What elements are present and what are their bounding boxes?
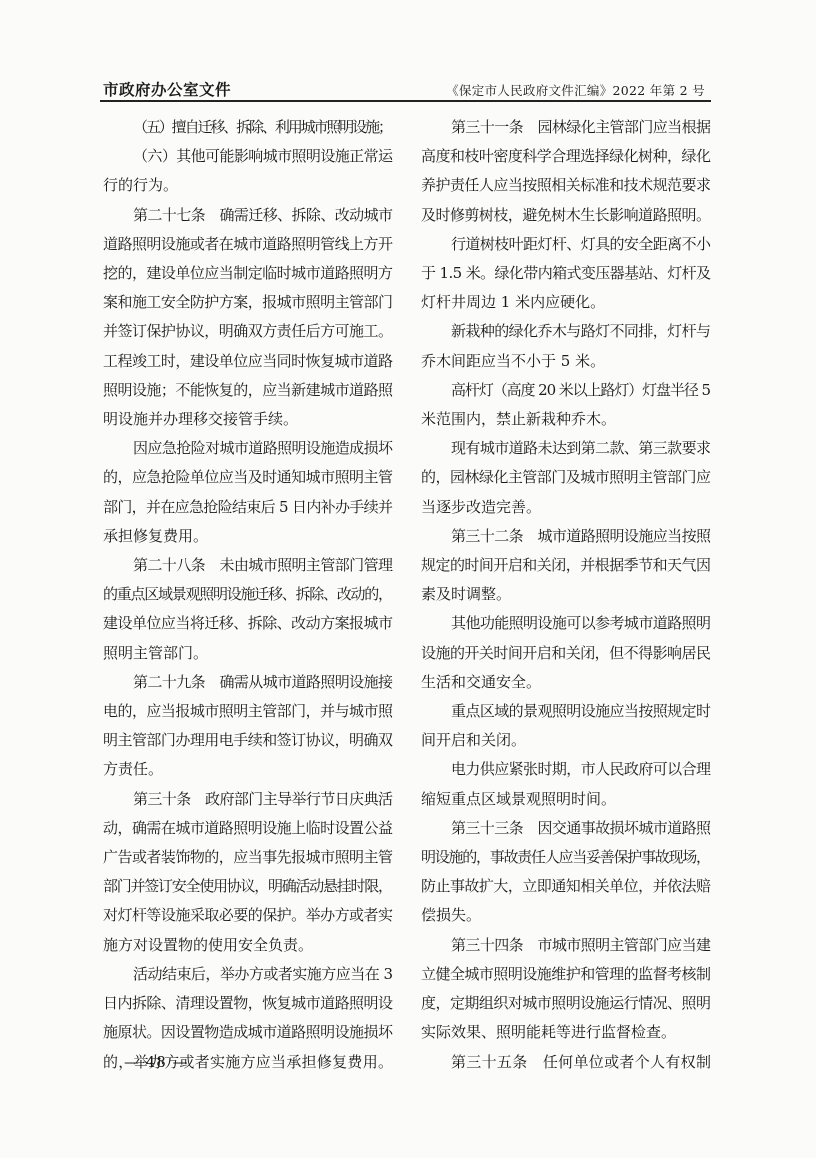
text-line: 第二十九条 确需从城市道路照明设施接: [103, 668, 393, 697]
text-line: 明主管部门办理用电手续和签订协议，明确双: [103, 726, 393, 755]
text-line: 对灯杆等设施采取必要的保护。举办方或者实: [103, 901, 393, 930]
text-line: 素及时调整。: [421, 580, 711, 609]
text-line: 明设施并办理移交接管手续。: [103, 405, 393, 434]
text-line: 第二十七条 确需迁移、拆除、改动城市: [103, 201, 393, 230]
text-line: 第二十八条 未由城市照明主管部门管理: [103, 551, 393, 580]
text-line: 及时修剪树枝，避免树木生长影响道路照明。: [421, 201, 711, 230]
text-line: 第三十条 政府部门主导举行节日庆典活: [103, 785, 393, 814]
text-line: 第三十三条 因交通事故损坏城市道路照: [421, 814, 711, 843]
text-line: 广告或者装饰物的，应当事先报城市照明主管: [103, 843, 393, 872]
text-line: 偿损失。: [421, 901, 711, 930]
header-office-title: 市政府办公室文件: [103, 78, 231, 100]
text-line: 规定的时间开启和关闭，并根据季节和天气因: [421, 551, 711, 580]
text-line: 养护责任人应当按照相关标准和技术规范要求: [421, 171, 711, 200]
text-line: 高杆灯（高度 20 米以上路灯）灯盘半径 5: [421, 376, 711, 405]
header-publication-title: 《保定市人民政府文件汇编》2022 年第 2 号: [446, 81, 705, 99]
text-line: 当逐步改造完善。: [421, 493, 711, 522]
text-line: 度，定期组织对城市照明设施运行情况、照明: [421, 989, 711, 1018]
text-line: 承担修复费用。: [103, 522, 393, 551]
text-line: 部门并签订安全使用协议，明确活动悬挂时限，: [103, 872, 393, 901]
right-text-column: 第三十一条 园林绿化主管部门应当根据高度和枝叶密度科学合理选择绿化树种，绿化养护…: [421, 113, 711, 1077]
text-line: 乔木间距应当不小于 5 米。: [421, 347, 711, 376]
text-line: 案和施工安全防护方案，报城市照明主管部门: [103, 288, 393, 317]
text-line: 生活和交通安全。: [421, 668, 711, 697]
text-line: 道路照明设施或者在城市道路照明管线上方开: [103, 230, 393, 259]
text-line: 方责任。: [103, 755, 393, 784]
text-line: 照明主管部门。: [103, 639, 393, 668]
text-line: 第三十二条 城市道路照明设施应当按照: [421, 522, 711, 551]
text-line: 防止事故扩大，立即通知相关单位，并依法赔: [421, 872, 711, 901]
text-line: 缩短重点区域景观照明时间。: [421, 785, 711, 814]
text-line: 施原状。因设置物造成城市道路照明设施损坏: [103, 1018, 393, 1047]
text-line: 立健全城市照明设施维护和管理的监督考核制: [421, 960, 711, 989]
text-line: 现有城市道路未达到第二款、第三款要求: [421, 434, 711, 463]
text-line: 日内拆除、清理设置物，恢复城市道路照明设: [103, 989, 393, 1018]
running-header: 市政府办公室文件 《保定市人民政府文件汇编》2022 年第 2 号: [100, 78, 711, 102]
text-line: 重点区域的景观照明设施应当按照规定时: [421, 697, 711, 726]
text-line: 灯杆井周边 1 米内应硬化。: [421, 288, 711, 317]
text-line: 于 1.5 米。绿化带内箱式变压器基站、灯杆及: [421, 259, 711, 288]
text-line: 第三十五条 任何单位或者个人有权制: [421, 1048, 711, 1077]
text-line: 第三十一条 园林绿化主管部门应当根据: [421, 113, 711, 142]
text-line: 实际效果、照明能耗等进行监督检查。: [421, 1018, 711, 1047]
text-line: 第三十四条 市城市照明主管部门应当建: [421, 931, 711, 960]
text-line: 的，园林绿化主管部门及城市照明主管部门应: [421, 463, 711, 492]
text-line: 的重点区域景观照明设施迁移、拆除、改动的，: [103, 580, 393, 609]
text-line: 部门，并在应急抢险结束后 5 日内补办手续并: [103, 493, 393, 522]
text-line: 电力供应紧张时期，市人民政府可以合理: [421, 755, 711, 784]
text-line: 高度和枝叶密度科学合理选择绿化树种，绿化: [421, 142, 711, 171]
text-line: 明设施的，事故责任人应当妥善保护事故现场，: [421, 843, 711, 872]
text-line: 照明设施；不能恢复的，应当新建城市道路照: [103, 376, 393, 405]
text-line: 建设单位应当将迁移、拆除、改动方案报城市: [103, 609, 393, 638]
text-line: 行的行为。: [103, 171, 393, 200]
text-line: 行道树枝叶距灯杆、灯具的安全距离不小: [421, 230, 711, 259]
text-line: 米范围内，禁止新栽种乔木。: [421, 405, 711, 434]
text-line: 并签订保护协议，明确双方责任后方可施工。: [103, 317, 393, 346]
text-line: （五）擅自迁移、拆除、利用城市照明设施；: [103, 113, 393, 142]
text-line: （六）其他可能影响城市照明设施正常运: [103, 142, 393, 171]
text-line: 挖的，建设单位应当制定临时城市道路照明方: [103, 259, 393, 288]
text-line: 间开启和关闭。: [421, 726, 711, 755]
page-number: — 48 —: [124, 1053, 189, 1071]
text-line: 因应急抢险对城市道路照明设施造成损坏: [103, 434, 393, 463]
text-line: 工程竣工时，建设单位应当同时恢复城市道路: [103, 347, 393, 376]
text-line: 电的，应当报城市照明主管部门，并与城市照: [103, 697, 393, 726]
text-line: 动，确需在城市道路照明设施上临时设置公益: [103, 814, 393, 843]
text-line: 活动结束后，举办方或者实施方应当在 3: [103, 960, 393, 989]
left-text-column: （五）擅自迁移、拆除、利用城市照明设施；（六）其他可能影响城市照明设施正常运行的…: [103, 113, 393, 1077]
text-line: 新栽种的绿化乔木与路灯不同排，灯杆与: [421, 317, 711, 346]
text-line: 施方对设置物的使用安全负责。: [103, 931, 393, 960]
text-line: 设施的开关时间开启和关闭，但不得影响居民: [421, 639, 711, 668]
text-line: 其他功能照明设施可以参考城市道路照明: [421, 609, 711, 638]
text-line: 的，应急抢险单位应当及时通知城市照明主管: [103, 463, 393, 492]
